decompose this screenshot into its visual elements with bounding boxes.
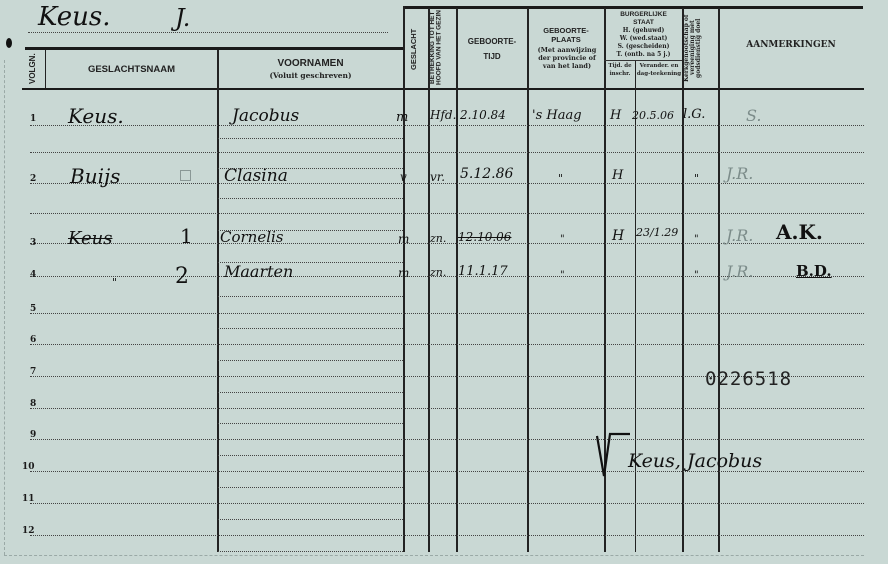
header-surname: Keus. bbox=[38, 2, 110, 32]
col-header-volgnr: VOLGN. bbox=[29, 52, 37, 86]
col-header-geboorteplaats-sub: (Met aanwijzing der provincie of van het… bbox=[532, 46, 602, 70]
cell-aanmerkingen: J.R. bbox=[726, 164, 753, 183]
row-line-11 bbox=[30, 503, 864, 504]
row-line-9 bbox=[30, 439, 864, 440]
col-header-tijd-inschr: Tijd. de inschr. bbox=[605, 62, 635, 78]
voornamen-subline bbox=[218, 360, 403, 361]
cell-voornamen: Cornelis bbox=[220, 228, 284, 246]
col-header-kerkgenootschap: Kerkgenootschap of vereeniging met godsd… bbox=[684, 10, 716, 86]
cell-geslacht: v bbox=[400, 170, 407, 184]
cell-kerk: " bbox=[694, 172, 699, 185]
col-header-geboorteplaats-2: PLAATS bbox=[528, 35, 604, 44]
col-divider-verander bbox=[635, 60, 636, 552]
card-bottom-edge bbox=[4, 555, 864, 557]
voornamen-subline bbox=[218, 138, 403, 139]
signature: Keus, Jacobus bbox=[628, 450, 762, 472]
cell-geslachtsnaam: Keus bbox=[68, 228, 112, 249]
cell-betrekking: zn. bbox=[430, 266, 446, 279]
check-mark-icon bbox=[596, 432, 632, 478]
card-left-edge bbox=[4, 60, 6, 555]
header-name-line bbox=[28, 32, 388, 33]
cell-kerk: " bbox=[694, 270, 699, 281]
voornamen-subline bbox=[218, 519, 403, 520]
punch-hole-mark bbox=[6, 38, 12, 48]
voornamen-subline bbox=[218, 198, 403, 199]
cell-geboortetijd: 11.1.17 bbox=[458, 264, 508, 279]
cell-betrekking: zn. bbox=[430, 232, 446, 245]
cell-staat: H bbox=[612, 168, 623, 183]
cell-geboortetijd: 12.10.06 bbox=[458, 230, 511, 244]
cell-aanmerkingen: J.R. bbox=[726, 226, 753, 245]
cell-aanmerkingen: J.R. bbox=[726, 262, 753, 281]
col-header-staat-2: STAAT bbox=[605, 19, 682, 26]
cell-voornamen: Jacobus bbox=[232, 106, 299, 126]
cell-geslacht: m bbox=[398, 232, 409, 246]
col-header-geslachtsnaam: GESLACHTSNAAM bbox=[46, 64, 217, 75]
cell-geslachtsnaam: " bbox=[112, 276, 117, 289]
voornamen-subline bbox=[218, 551, 403, 552]
cell-betrekking: Hfd. bbox=[430, 108, 456, 122]
row-number-9: 9 bbox=[30, 430, 36, 440]
row-line-6 bbox=[30, 344, 864, 345]
voornamen-subline bbox=[218, 455, 403, 456]
col-header-staat-s: S. (gescheiden) bbox=[605, 43, 682, 50]
col-header-aanmerkingen: AANMERKINGEN bbox=[719, 40, 863, 50]
row-number-1: 1 bbox=[30, 114, 36, 124]
stamp-initials: A.K. bbox=[776, 220, 823, 244]
checkbox-mark-icon bbox=[180, 170, 191, 181]
cell-verander: 20.5.06 bbox=[632, 109, 674, 122]
col-header-geboortetijd-1: GEBOORTE- bbox=[457, 37, 527, 46]
col-header-geboorteplaats-1: GEBOORTE- bbox=[528, 26, 604, 35]
cell-geslacht: m bbox=[396, 110, 408, 125]
col-header-staat-t: T. (ontb. na 5 j.) bbox=[605, 51, 682, 58]
col-header-voornamen-sub: (Voluit geschreven) bbox=[218, 71, 403, 80]
row-line-5 bbox=[30, 313, 864, 314]
staat-subheader-line bbox=[604, 60, 682, 61]
row-number-12: 12 bbox=[22, 526, 35, 536]
row-number-4: 4 bbox=[30, 270, 36, 280]
header-initial: J. bbox=[175, 4, 190, 32]
stamp-initials: B.D. bbox=[796, 262, 832, 280]
row-line-2b bbox=[30, 213, 864, 214]
cell-voornamen: Clasina bbox=[224, 166, 288, 186]
cell-staat: H bbox=[612, 228, 624, 244]
row-number-5: 5 bbox=[30, 304, 36, 314]
cell-voornamen: Maarten bbox=[224, 262, 293, 281]
voornamen-subline bbox=[218, 423, 403, 424]
voornamen-subline bbox=[218, 296, 403, 297]
cell-geboorteplaats: 's Haag bbox=[532, 108, 582, 123]
row-line-2 bbox=[30, 183, 864, 184]
row-number-2: 2 bbox=[30, 174, 36, 184]
row-number-7: 7 bbox=[30, 367, 36, 377]
voornamen-subline bbox=[218, 392, 403, 393]
cell-geslacht: m bbox=[398, 266, 409, 280]
row-number-10: 10 bbox=[22, 462, 35, 472]
row-number-8: 8 bbox=[30, 399, 36, 409]
cell-index: 1 bbox=[180, 224, 193, 248]
col-header-geboortetijd-2: TIJD bbox=[457, 52, 527, 61]
table-top-border-left bbox=[25, 47, 405, 50]
cell-geboortetijd: 5.12.86 bbox=[460, 166, 513, 182]
col-header-voornamen: VOORNAMEN bbox=[218, 58, 403, 69]
col-header-geslacht: GESLACHT bbox=[410, 14, 418, 84]
row-number-11: 11 bbox=[22, 494, 35, 504]
row-line-12 bbox=[30, 535, 864, 536]
card-serial-number: 0226518 bbox=[705, 368, 792, 390]
cell-geboorteplaats: " bbox=[560, 234, 565, 245]
row-line-1b bbox=[30, 152, 864, 153]
cell-geslachtsnaam: Keus. bbox=[68, 104, 124, 128]
cell-aanmerkingen: S. bbox=[746, 106, 761, 125]
row-number-6: 6 bbox=[30, 335, 36, 345]
col-header-staat-1: BURGERLIJKE bbox=[605, 11, 682, 18]
col-header-betrekking: BETREKKING TOT HET HOOFD VAN HET GEZIN bbox=[430, 10, 454, 86]
cell-staat: H bbox=[610, 108, 621, 123]
table-top-border-right bbox=[403, 6, 863, 9]
cell-kerk: l.G. bbox=[683, 107, 705, 122]
cell-index: 2 bbox=[175, 264, 189, 289]
header-bottom-border bbox=[22, 88, 864, 90]
row-line-8 bbox=[30, 408, 864, 409]
col-header-staat-h: H. (gehuwd) bbox=[605, 27, 682, 34]
voornamen-subline bbox=[218, 328, 403, 329]
cell-kerk: " bbox=[694, 234, 699, 245]
cell-geslachtsnaam: Buijs bbox=[70, 164, 120, 188]
cell-geboorteplaats: " bbox=[560, 270, 565, 281]
row-number-3: 3 bbox=[30, 238, 36, 248]
cell-inschr: 23/1.29 bbox=[636, 226, 678, 239]
cell-geboorteplaats: " bbox=[558, 172, 563, 185]
voornamen-subline bbox=[218, 487, 403, 488]
col-header-verander: Verander. en dag-teekening bbox=[636, 62, 682, 78]
cell-geboortetijd: 2.10.84 bbox=[460, 108, 506, 122]
col-header-staat-w: W. (wed.staat) bbox=[605, 35, 682, 42]
row-line-1 bbox=[30, 125, 864, 126]
cell-betrekking: vr. bbox=[430, 170, 445, 184]
